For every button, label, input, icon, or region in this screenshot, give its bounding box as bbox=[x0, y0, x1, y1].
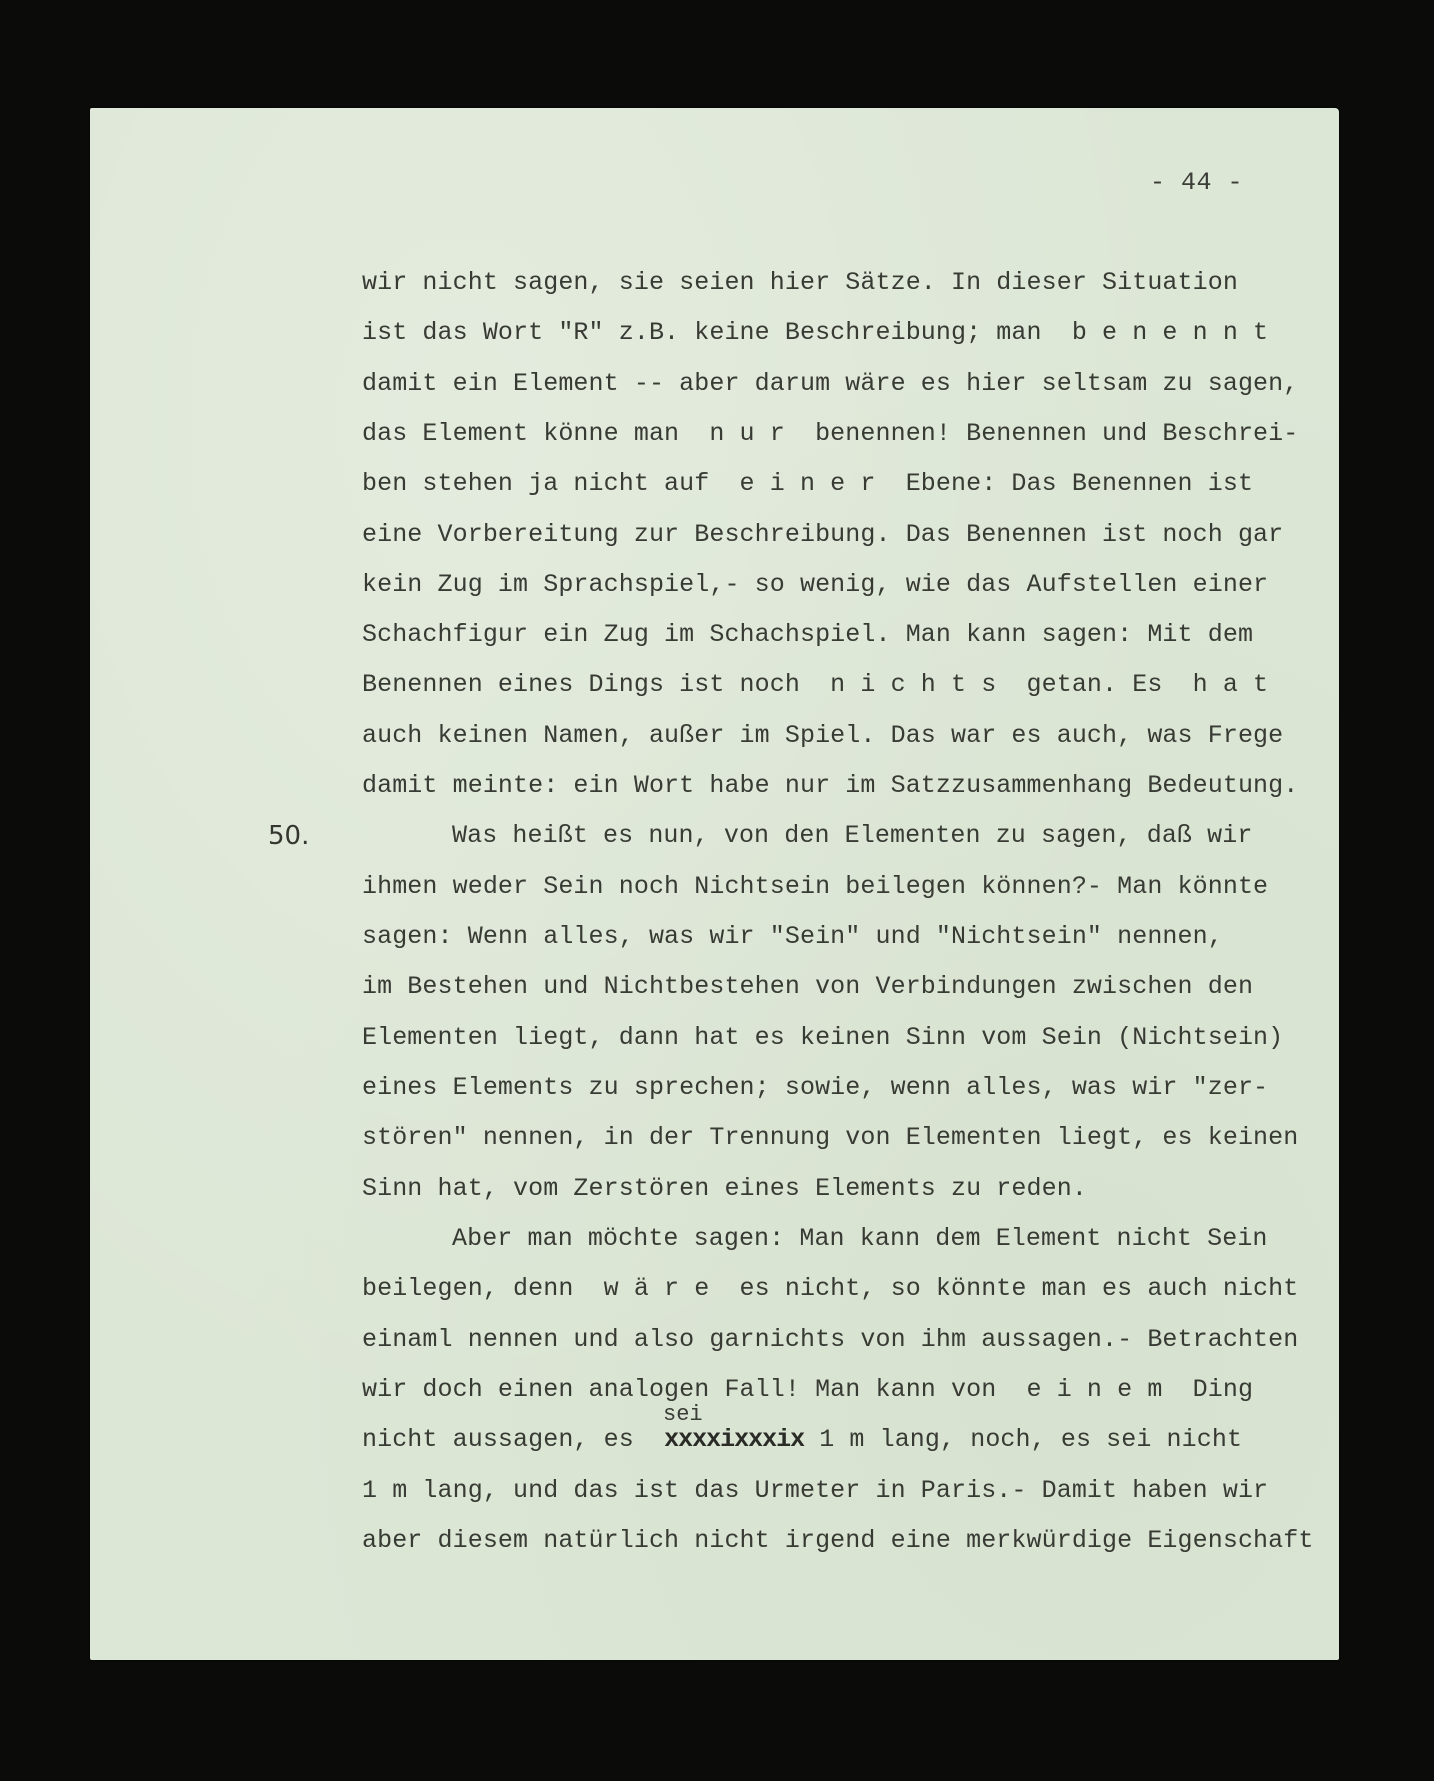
text-line: 1 m lang, und das ist das Urmeter in Par… bbox=[362, 1476, 1268, 1506]
text-line: einaml nennen und also garnichts von ihm… bbox=[362, 1325, 1298, 1355]
interlinear-correction: sei bbox=[663, 1403, 703, 1427]
text-line: wir doch einen analogen Fall! Man kann v… bbox=[362, 1375, 1253, 1405]
text-line: Elementen liegt, dann hat es keinen Sinn… bbox=[362, 1023, 1283, 1053]
paragraph-start-line: Aber man möchte sagen: Man kann dem Elem… bbox=[452, 1224, 1268, 1254]
text-line-with-correction: nicht aussagen, es xxxxixxxix 1 m lang, … bbox=[362, 1425, 1242, 1455]
paragraph-start-line: Was heißt es nun, von den Elementen zu s… bbox=[452, 821, 1252, 851]
text-segment: 1 m lang, noch, es sei nicht bbox=[804, 1425, 1242, 1454]
text-line: Schachfigur ein Zug im Schachspiel. Man … bbox=[362, 620, 1253, 650]
text-line: ben stehen ja nicht auf e i n e r Ebene:… bbox=[362, 469, 1253, 499]
text-line: eines Elements zu sprechen; sowie, wenn … bbox=[362, 1073, 1268, 1103]
text-line: wir nicht sagen, sie seien hier Sätze. I… bbox=[362, 268, 1238, 298]
struck-out-text: xxxxixxxix bbox=[664, 1425, 804, 1454]
text-line: das Element könne man n u r benennen! Be… bbox=[362, 419, 1298, 449]
text-line: auch keinen Namen, außer im Spiel. Das w… bbox=[362, 721, 1283, 751]
text-line: beilegen, denn w ä r e es nicht, so könn… bbox=[362, 1274, 1298, 1304]
text-line: stören" nennen, in der Trennung von Elem… bbox=[362, 1123, 1298, 1153]
text-line: damit ein Element -- aber darum wäre es … bbox=[362, 369, 1298, 399]
text-line: ist das Wort "R" z.B. keine Beschreibung… bbox=[362, 318, 1268, 348]
text-line: Benennen eines Dings ist noch n i c h t … bbox=[362, 670, 1268, 700]
text-line: eine Vorbereitung zur Beschreibung. Das … bbox=[362, 520, 1283, 550]
text-line: sagen: Wenn alles, was wir "Sein" und "N… bbox=[362, 922, 1223, 952]
text-line: ihmen weder Sein noch Nichtsein beilegen… bbox=[362, 872, 1268, 902]
section-number: 50. bbox=[268, 821, 309, 851]
text-line: Sinn hat, vom Zerstören eines Elements z… bbox=[362, 1174, 1087, 1204]
text-line: aber diesem natürlich nicht irgend eine … bbox=[362, 1526, 1313, 1556]
text-line: im Bestehen und Nichtbestehen von Verbin… bbox=[362, 972, 1253, 1002]
text-line: kein Zug im Sprachspiel,- so wenig, wie … bbox=[362, 570, 1268, 600]
text-line: damit meinte: ein Wort habe nur im Satzz… bbox=[362, 771, 1298, 801]
text-segment: nicht aussagen, es bbox=[362, 1425, 664, 1454]
page-number: - 44 - bbox=[1150, 168, 1243, 198]
